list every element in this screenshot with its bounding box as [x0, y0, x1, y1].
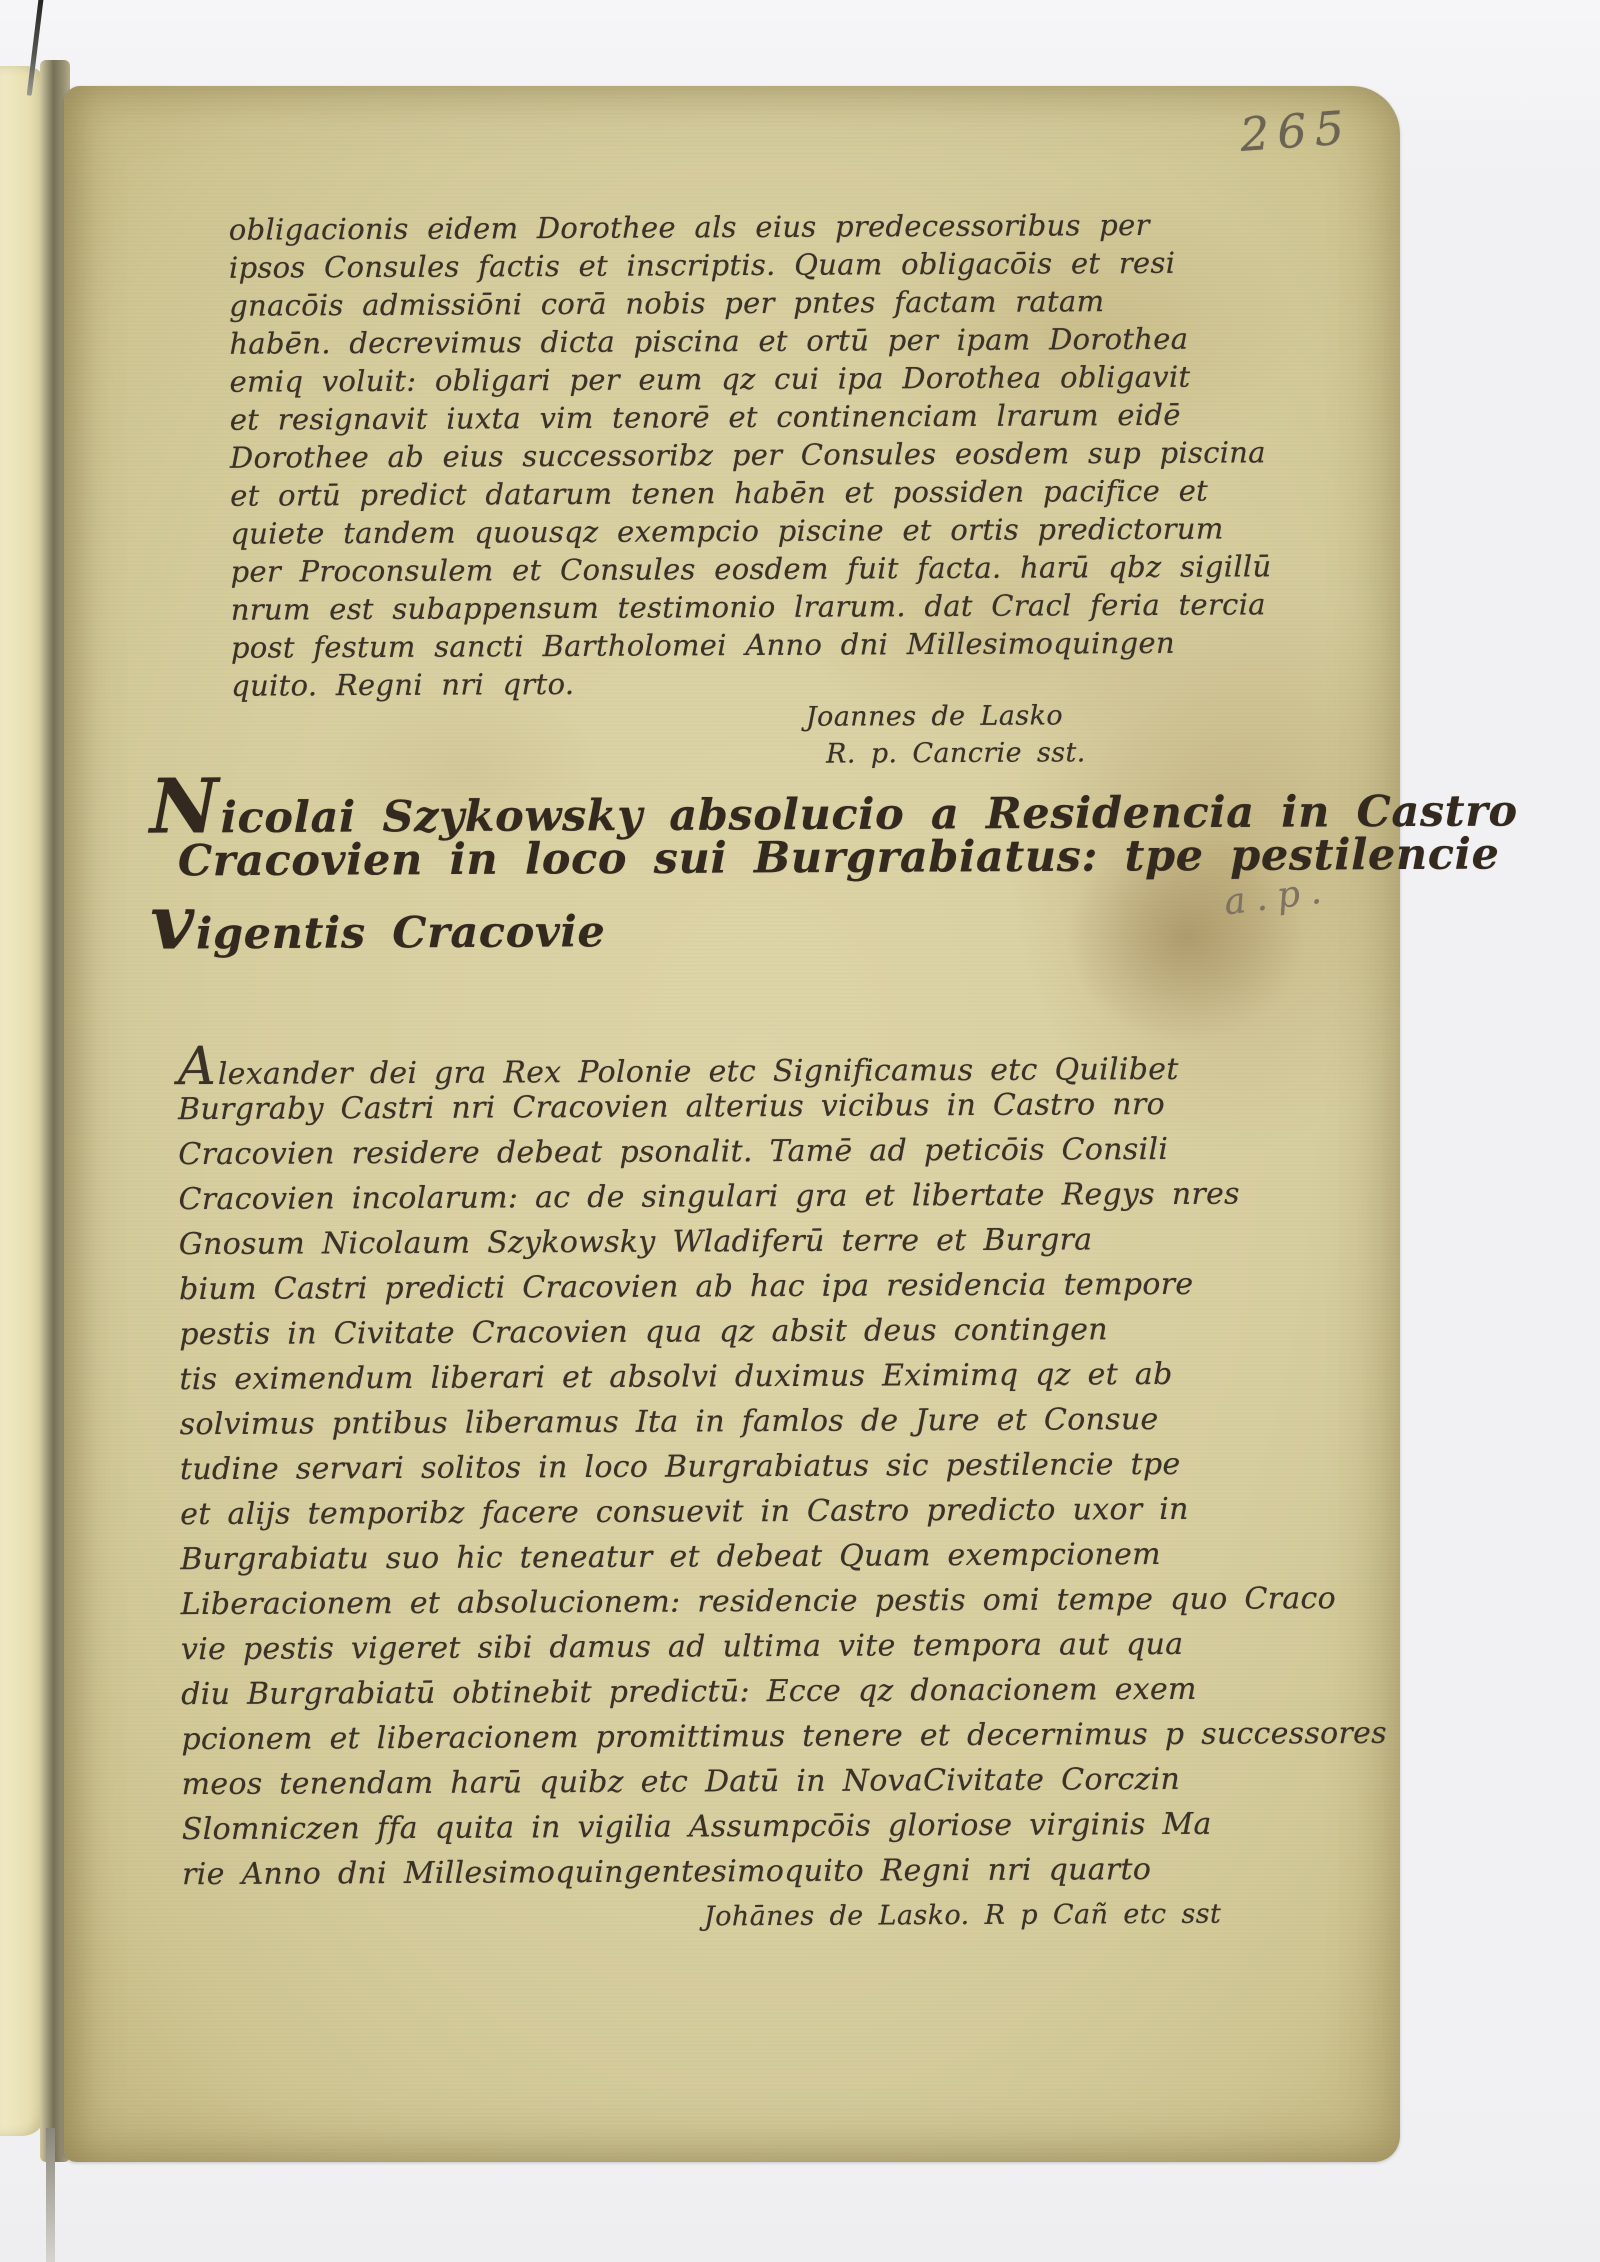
manuscript-line: tis eximendum liberari et absolvi duximu… [179, 1356, 1385, 1407]
manuscript-line: tudine servari solitos in loco Burgrabia… [180, 1446, 1386, 1497]
manuscript-line: diu Burgrabiatū obtinebit predictū: Ecce… [181, 1671, 1387, 1722]
manuscript-line: et ortū predict datarum tenen habēn et p… [230, 473, 1271, 516]
manuscript-line: Burgraby Castri nri Cracovien alterius v… [178, 1086, 1384, 1137]
manuscript-line: habēn. decrevimus dicta piscina et ortū … [229, 321, 1270, 364]
folio-number: 265 [1238, 100, 1353, 162]
entry-2-signature: Johānes de Lasko. R p Cañ etc sst [704, 1899, 1221, 1939]
manuscript-line: vie pestis vigeret sibi damus ad ultima … [181, 1626, 1387, 1677]
signature-line: Joannes de Lasko [806, 700, 1086, 738]
signature-line: Johānes de Lasko. R p Cañ etc sst [704, 1899, 1221, 1939]
manuscript-line: Cracovien residere debeat psonalit. Tamē… [178, 1131, 1384, 1182]
manuscript-line: meos tenendam harū quibz etc Datū in Nov… [182, 1761, 1388, 1812]
entry-heading: Nicolai Szykowsky absolucio a Residencia… [150, 771, 1519, 952]
manuscript-line: post festum sancti Bartholomei Anno dni … [231, 625, 1272, 668]
manuscript-line: Burgrabiatu suo hic teneatur et debeat Q… [180, 1536, 1386, 1587]
manuscript-line: pestis in Civitate Cracovien qua qz absi… [179, 1311, 1385, 1362]
manuscript-line: solvimus pntibus liberamus Ita in famlos… [180, 1401, 1386, 1452]
manuscript-line: emiq voluit: obligari per eum qz cui ipa… [230, 359, 1271, 402]
manuscript-line: bium Castri predicti Cracovien ab hac ip… [179, 1266, 1385, 1317]
entry-2-text: Alexander dei gra Rex Polonie etc Signif… [178, 1041, 1388, 1902]
manuscript-line: per Proconsulem et Consules eosdem fuit … [231, 549, 1272, 592]
manuscript-line: Cracovien incolarum: ac de singulari gra… [178, 1176, 1384, 1227]
manuscript-line: quito. Regni nri qrto. [231, 663, 1272, 706]
manuscript-line: Liberacionem et absolucionem: residencie… [181, 1581, 1387, 1632]
manuscript-line: rie Anno dni Millesimoquingentesimoquito… [182, 1851, 1388, 1902]
manuscript-page: 265 obligacionis eidem Dorothee als eius… [64, 86, 1400, 2162]
signature-line: R. p. Cancrie sst. [826, 737, 1086, 775]
heading-line: Nicolai Szykowsky absolucio a Residencia… [150, 771, 1518, 836]
manuscript-line: pcionem et liberacionem promittimus tene… [181, 1716, 1387, 1767]
manuscript-line: Alexander dei gra Rex Polonie etc Signif… [178, 1041, 1384, 1092]
manuscript-line: quiete tandem quousqz exempcio piscine e… [230, 511, 1271, 554]
manuscript-line: ipsos Consules factis et inscriptis. Qua… [229, 245, 1270, 288]
manuscript-line: et alijs temporibz facere consuevit in C… [180, 1491, 1386, 1542]
manuscript-line: Gnosum Nicolaum Szykowsky Wladiferū terr… [179, 1221, 1385, 1272]
entry-1-text: obligacionis eidem Dorothee als eius pre… [229, 207, 1272, 706]
spine-edge [46, 2128, 55, 2262]
manuscript-line: nrum est subappensum testimonio lrarum. … [231, 587, 1272, 630]
manuscript-line: obligacionis eidem Dorothee als eius pre… [229, 207, 1270, 250]
manuscript-line: gnacōis admissiōni corā nobis per pntes … [229, 283, 1270, 326]
manuscript-line: Dorothee ab eius successoribz per Consul… [230, 435, 1271, 478]
manuscript-line: Slomniczen ffa quita in vigilia Assumpcō… [182, 1806, 1388, 1857]
manuscript-line: et resignavit iuxta vim tenorē et contin… [230, 397, 1271, 440]
scan-background: 265 obligacionis eidem Dorothee als eius… [0, 0, 1600, 2262]
entry-1-signature: Joannes de Lasko R. p. Cancrie sst. [806, 700, 1086, 775]
